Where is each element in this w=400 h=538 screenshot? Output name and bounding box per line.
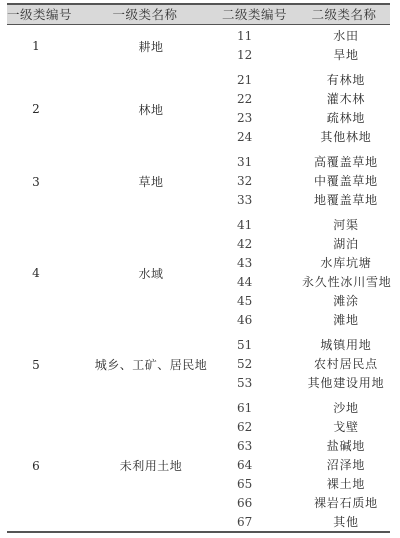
table-row: 21 有林地 [211,71,390,90]
table-row: 64 沼泽地 [211,456,390,475]
land-use-classification-table: 一级类编号 一级类名称 二级类编号 二级类名称 1 耕地 11 水田 12 旱地… [7,3,390,538]
level2-code: 62 [211,418,298,437]
table-row: 45 滩涂 [211,292,390,311]
level2-name: 地覆盖草地 [298,191,390,210]
subclass-list: 61 沙地 62 戈壁 63 盐碱地 64 沼泽地 65 裸土地 [211,399,390,532]
level2-code: 43 [211,254,298,273]
level2-name: 裸岩石质地 [298,494,390,513]
table-row: 24 其他林地 [211,128,390,147]
level2-name: 高覆盖草地 [298,153,390,172]
table-group: 5 城乡、工矿、居民地 51 城镇用地 52 农村居民点 53 其他建设用地 [7,336,390,399]
header-level2-name: 二级类名称 [298,5,390,24]
table-row: 63 盐碱地 [211,437,390,456]
level2-code: 67 [211,513,298,532]
level2-name: 滩地 [298,311,390,330]
level2-code: 64 [211,456,298,475]
level2-name: 湖泊 [298,235,390,254]
level2-code: 22 [211,90,298,109]
level2-name: 疏林地 [298,109,390,128]
table-row: 62 戈壁 [211,418,390,437]
level2-code: 41 [211,216,298,235]
level1-code: 6 [7,399,79,532]
level1-name: 林地 [79,71,211,147]
level2-code: 52 [211,355,298,374]
table-row: 42 湖泊 [211,235,390,254]
level2-name: 其他林地 [298,128,390,147]
level2-code: 42 [211,235,298,254]
level2-name: 旱地 [298,46,390,65]
table-bottom-rule [7,531,390,533]
level2-name: 水田 [298,27,390,46]
level2-code: 23 [211,109,298,128]
level2-code: 21 [211,71,298,90]
level2-code: 32 [211,172,298,191]
subclass-list: 51 城镇用地 52 农村居民点 53 其他建设用地 [211,336,390,393]
subclass-list: 11 水田 12 旱地 [211,27,390,65]
level1-code: 4 [7,216,79,330]
table-row: 46 滩地 [211,311,390,330]
level2-code: 24 [211,128,298,147]
level2-name: 其他 [298,513,390,532]
level2-code: 33 [211,191,298,210]
level2-name: 永久性冰川雪地 [298,273,390,292]
level2-name: 灌木林 [298,90,390,109]
table-row: 43 水库坑塘 [211,254,390,273]
level2-code: 61 [211,399,298,418]
level2-code: 53 [211,374,298,393]
level2-code: 31 [211,153,298,172]
table-body: 1 耕地 11 水田 12 旱地 2 林地 21 有林地 [7,25,390,538]
table-row: 22 灌木林 [211,90,390,109]
level2-name: 河渠 [298,216,390,235]
table-group: 6 未利用土地 61 沙地 62 戈壁 63 盐碱地 64 沼泽地 [7,399,390,538]
level2-code: 63 [211,437,298,456]
level2-name: 沼泽地 [298,456,390,475]
level2-code: 51 [211,336,298,355]
level2-name: 水库坑塘 [298,254,390,273]
level2-name: 中覆盖草地 [298,172,390,191]
level2-name: 沙地 [298,399,390,418]
level2-code: 66 [211,494,298,513]
level2-name: 其他建设用地 [298,374,390,393]
level2-code: 46 [211,311,298,330]
table-header: 一级类编号 一级类名称 二级类编号 二级类名称 [7,3,390,25]
level2-name: 盐碱地 [298,437,390,456]
level2-name: 农村居民点 [298,355,390,374]
subclass-list: 31 高覆盖草地 32 中覆盖草地 33 地覆盖草地 [211,153,390,210]
level1-code: 5 [7,336,79,393]
table-row: 65 裸土地 [211,475,390,494]
level2-name: 裸土地 [298,475,390,494]
header-level1-name: 一级类名称 [79,5,211,24]
table-row: 67 其他 [211,513,390,532]
table-group: 1 耕地 11 水田 12 旱地 [7,27,390,71]
table-row: 61 沙地 [211,399,390,418]
table-row: 41 河渠 [211,216,390,235]
table-row: 66 裸岩石质地 [211,494,390,513]
level2-code: 44 [211,273,298,292]
level1-name: 耕地 [79,27,211,65]
table-row: 12 旱地 [211,46,390,65]
header-level1-code: 一级类编号 [7,5,79,24]
level1-name: 未利用土地 [79,399,211,532]
table-row: 52 农村居民点 [211,355,390,374]
level2-code: 65 [211,475,298,494]
level2-name: 滩涂 [298,292,390,311]
subclass-list: 41 河渠 42 湖泊 43 水库坑塘 44 永久性冰川雪地 45 滩涂 [211,216,390,330]
table-row: 31 高覆盖草地 [211,153,390,172]
level2-name: 城镇用地 [298,336,390,355]
table-row: 53 其他建设用地 [211,374,390,393]
table-row: 32 中覆盖草地 [211,172,390,191]
level1-name: 水域 [79,216,211,330]
level2-name: 有林地 [298,71,390,90]
table-group: 3 草地 31 高覆盖草地 32 中覆盖草地 33 地覆盖草地 [7,153,390,216]
level1-name: 草地 [79,153,211,210]
table-group: 2 林地 21 有林地 22 灌木林 23 疏林地 24 其他林地 [7,71,390,153]
level2-name: 戈壁 [298,418,390,437]
table-group: 4 水域 41 河渠 42 湖泊 43 水库坑塘 44 永久性冰川雪地 [7,216,390,336]
level1-name: 城乡、工矿、居民地 [79,336,211,393]
table-row: 33 地覆盖草地 [211,191,390,210]
level2-code: 12 [211,46,298,65]
level2-code: 11 [211,27,298,46]
level1-code: 3 [7,153,79,210]
table-row: 51 城镇用地 [211,336,390,355]
level1-code: 1 [7,27,79,65]
header-level2-code: 二级类编号 [211,5,298,24]
table-row: 44 永久性冰川雪地 [211,273,390,292]
table-row: 11 水田 [211,27,390,46]
subclass-list: 21 有林地 22 灌木林 23 疏林地 24 其他林地 [211,71,390,147]
level2-code: 45 [211,292,298,311]
level1-code: 2 [7,71,79,147]
table-row: 23 疏林地 [211,109,390,128]
